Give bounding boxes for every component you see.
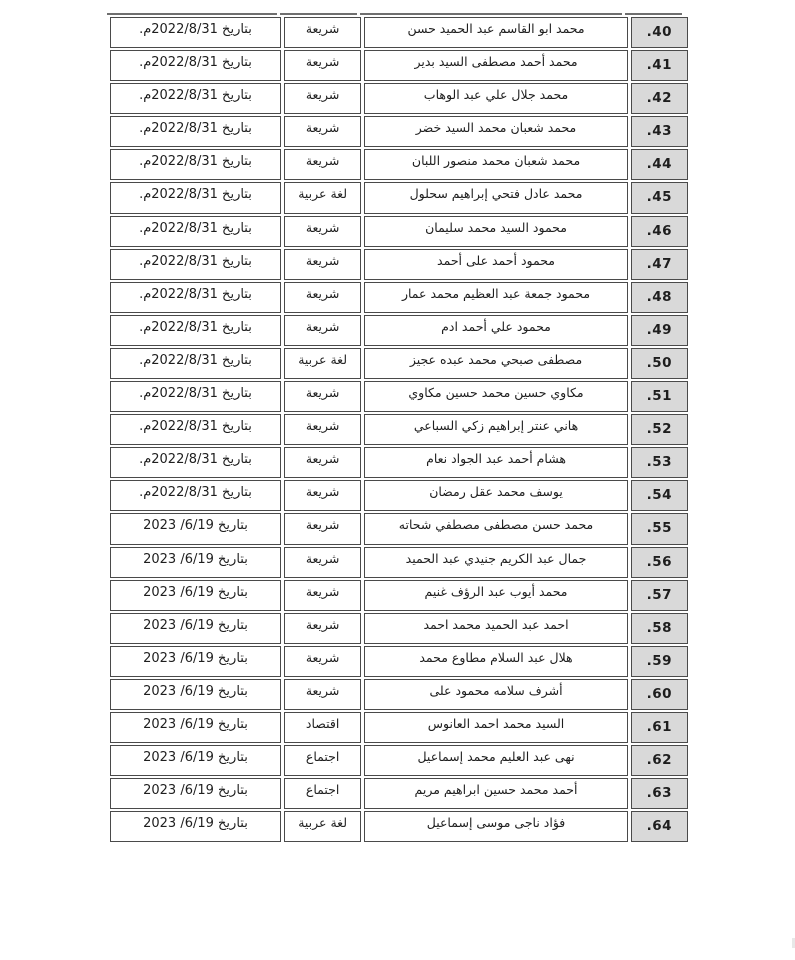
student-name-cell: هلال عبد السلام مطاوع محمد (364, 646, 627, 677)
student-name-cell: نهى عبد العليم محمد إسماعيل (364, 745, 627, 776)
row-number-cell: 49. (631, 315, 688, 346)
student-name-cell: محمد حسن مصطفى مصطفي شحاته (364, 513, 627, 544)
student-name-cell: محمد ابو القاسم عبد الحميد حسن (364, 17, 627, 48)
subject-cell: شريعة (284, 646, 361, 677)
row-number-cell: 55. (631, 513, 688, 544)
subject-cell: لغة عربية (284, 348, 361, 379)
subject-cell: شريعة (284, 216, 361, 247)
row-number-cell: 51. (631, 381, 688, 412)
student-name-cell: محمد جلال علي عبد الوهاب (364, 83, 627, 114)
student-name-cell: محمود أحمد على أحمد (364, 249, 627, 280)
subject-cell: شريعة (284, 249, 361, 280)
date-cell: بتاريخ 2022/8/31م. (110, 414, 281, 445)
student-name-cell: محمد أحمد مصطفى السيد بدير (364, 50, 627, 81)
row-number-cell: 44. (631, 149, 688, 180)
subject-cell: شريعة (284, 381, 361, 412)
table-row: 45.محمد عادل فتحي إبراهيم سحلوللغة عربية… (110, 182, 688, 213)
student-name-cell: أحمد محمد حسين ابراهيم مريم (364, 778, 627, 809)
date-cell: بتاريخ 6/19/ 2023 (110, 712, 281, 743)
date-cell: بتاريخ 6/19/ 2023 (110, 778, 281, 809)
row-number-cell: 60. (631, 679, 688, 710)
row-number-cell: 42. (631, 83, 688, 114)
date-cell: بتاريخ 6/19/ 2023 (110, 547, 281, 578)
table-row: 52.هاني عنتر إبراهيم زكي السباعيشريعةبتا… (110, 414, 688, 445)
date-cell: بتاريخ 6/19/ 2023 (110, 679, 281, 710)
date-cell: بتاريخ 2022/8/31م. (110, 17, 281, 48)
document-page: 40.محمد ابو القاسم عبد الحميد حسنشريعةبت… (0, 0, 795, 960)
student-name-cell: مصطفى صبحي محمد عبده عجيز (364, 348, 627, 379)
student-name-cell: محمد أيوب عبد الرؤف غنيم (364, 580, 627, 611)
date-cell: بتاريخ 2022/8/31م. (110, 182, 281, 213)
subject-cell: شريعة (284, 315, 361, 346)
student-name-cell: جمال عبد الكريم جنيدي عبد الحميد (364, 547, 627, 578)
student-name-cell: احمد عبد الحميد محمد احمد (364, 613, 627, 644)
date-cell: بتاريخ 2022/8/31م. (110, 480, 281, 511)
date-cell: بتاريخ 6/19/ 2023 (110, 646, 281, 677)
row-number-cell: 41. (631, 50, 688, 81)
row-number-cell: 57. (631, 580, 688, 611)
date-cell: بتاريخ 2022/8/31م. (110, 315, 281, 346)
subject-cell: شريعة (284, 513, 361, 544)
student-name-cell: هشام أحمد عبد الجواد نعام (364, 447, 627, 478)
table-row: 64.فؤاد ناجى موسى إسماعيللغة عربيةبتاريخ… (110, 811, 688, 842)
row-number-cell: 40. (631, 17, 688, 48)
subject-cell: شريعة (284, 414, 361, 445)
subject-cell: اجتماع (284, 778, 361, 809)
table-row: 50.مصطفى صبحي محمد عبده عجيزلغة عربيةبتا… (110, 348, 688, 379)
table-row: 51.مكاوي حسين محمد حسين مكاويشريعةبتاريخ… (110, 381, 688, 412)
subject-cell: شريعة (284, 149, 361, 180)
table-row: 41.محمد أحمد مصطفى السيد بديرشريعةبتاريخ… (110, 50, 688, 81)
student-name-cell: محمود جمعة عبد العظيم محمد عمار (364, 282, 627, 313)
graduates-table-wrapper: 40.محمد ابو القاسم عبد الحميد حسنشريعةبت… (107, 15, 691, 844)
date-cell: بتاريخ 2022/8/31م. (110, 149, 281, 180)
date-cell: بتاريخ 2022/8/31م. (110, 282, 281, 313)
row-number-cell: 61. (631, 712, 688, 743)
student-name-cell: محمود علي أحمد ادم (364, 315, 627, 346)
subject-cell: لغة عربية (284, 182, 361, 213)
date-cell: بتاريخ 2022/8/31م. (110, 249, 281, 280)
subject-cell: اقتصاد (284, 712, 361, 743)
table-row: 57.محمد أيوب عبد الرؤف غنيمشريعةبتاريخ 6… (110, 580, 688, 611)
student-name-cell: السيد محمد احمد العانوس (364, 712, 627, 743)
row-number-cell: 56. (631, 547, 688, 578)
student-name-cell: فؤاد ناجى موسى إسماعيل (364, 811, 627, 842)
subject-cell: شريعة (284, 547, 361, 578)
date-cell: بتاريخ 2022/8/31م. (110, 381, 281, 412)
student-name-cell: أشرف سلامه محمود على (364, 679, 627, 710)
table-row: 44.محمد شعبان محمد منصور اللبانشريعةبتار… (110, 149, 688, 180)
subject-cell: شريعة (284, 480, 361, 511)
student-name-cell: يوسف محمد عقل رمضان (364, 480, 627, 511)
table-row: 54.يوسف محمد عقل رمضانشريعةبتاريخ 2022/8… (110, 480, 688, 511)
student-name-cell: محمود السيد محمد سليمان (364, 216, 627, 247)
table-row: 58.احمد عبد الحميد محمد احمدشريعةبتاريخ … (110, 613, 688, 644)
subject-cell: شريعة (284, 447, 361, 478)
subject-cell: شريعة (284, 50, 361, 81)
date-cell: بتاريخ 6/19/ 2023 (110, 745, 281, 776)
table-row: 46.محمود السيد محمد سليمانشريعةبتاريخ 20… (110, 216, 688, 247)
row-number-cell: 58. (631, 613, 688, 644)
subject-cell: شريعة (284, 116, 361, 147)
table-row: 61.السيد محمد احمد العانوساقتصادبتاريخ 6… (110, 712, 688, 743)
table-row: 53.هشام أحمد عبد الجواد نعامشريعةبتاريخ … (110, 447, 688, 478)
date-cell: بتاريخ 2022/8/31م. (110, 50, 281, 81)
table-row: 62.نهى عبد العليم محمد إسماعيلاجتماعبتار… (110, 745, 688, 776)
subject-cell: شريعة (284, 282, 361, 313)
row-number-cell: 50. (631, 348, 688, 379)
subject-cell: اجتماع (284, 745, 361, 776)
row-number-cell: 45. (631, 182, 688, 213)
table-row: 60.أشرف سلامه محمود علىشريعةبتاريخ 6/19/… (110, 679, 688, 710)
graduates-table: 40.محمد ابو القاسم عبد الحميد حسنشريعةبت… (107, 15, 691, 844)
row-number-cell: 43. (631, 116, 688, 147)
table-row: 42.محمد جلال علي عبد الوهابشريعةبتاريخ 2… (110, 83, 688, 114)
row-number-cell: 53. (631, 447, 688, 478)
date-cell: بتاريخ 6/19/ 2023 (110, 811, 281, 842)
row-number-cell: 59. (631, 646, 688, 677)
date-cell: بتاريخ 2022/8/31م. (110, 83, 281, 114)
date-cell: بتاريخ 2022/8/31م. (110, 447, 281, 478)
subject-cell: لغة عربية (284, 811, 361, 842)
table-row: 59.هلال عبد السلام مطاوع محمدشريعةبتاريخ… (110, 646, 688, 677)
date-cell: بتاريخ 2022/8/31م. (110, 116, 281, 147)
table-row: 63.أحمد محمد حسين ابراهيم مريماجتماعبتار… (110, 778, 688, 809)
date-cell: بتاريخ 2022/8/31م. (110, 216, 281, 247)
student-name-cell: محمد شعبان محمد السيد خضر (364, 116, 627, 147)
row-number-cell: 62. (631, 745, 688, 776)
date-cell: بتاريخ 6/19/ 2023 (110, 580, 281, 611)
row-number-cell: 64. (631, 811, 688, 842)
subject-cell: شريعة (284, 613, 361, 644)
student-name-cell: مكاوي حسين محمد حسين مكاوي (364, 381, 627, 412)
table-row: 48.محمود جمعة عبد العظيم محمد عمارشريعةب… (110, 282, 688, 313)
row-number-cell: 47. (631, 249, 688, 280)
row-number-cell: 48. (631, 282, 688, 313)
student-name-cell: محمد عادل فتحي إبراهيم سحلول (364, 182, 627, 213)
row-number-cell: 63. (631, 778, 688, 809)
subject-cell: شريعة (284, 580, 361, 611)
table-row: 55.محمد حسن مصطفى مصطفي شحاتهشريعةبتاريخ… (110, 513, 688, 544)
table-row: 47.محمود أحمد على أحمدشريعةبتاريخ 2022/8… (110, 249, 688, 280)
date-cell: بتاريخ 2022/8/31م. (110, 348, 281, 379)
date-cell: بتاريخ 6/19/ 2023 (110, 613, 281, 644)
row-number-cell: 52. (631, 414, 688, 445)
student-name-cell: محمد شعبان محمد منصور اللبان (364, 149, 627, 180)
table-row: 49.محمود علي أحمد ادمشريعةبتاريخ 2022/8/… (110, 315, 688, 346)
table-row: 40.محمد ابو القاسم عبد الحميد حسنشريعةبت… (110, 17, 688, 48)
date-cell: بتاريخ 6/19/ 2023 (110, 513, 281, 544)
subject-cell: شريعة (284, 679, 361, 710)
row-number-cell: 54. (631, 480, 688, 511)
table-row: 43.محمد شعبان محمد السيد خضرشريعةبتاريخ … (110, 116, 688, 147)
row-number-cell: 46. (631, 216, 688, 247)
subject-cell: شريعة (284, 17, 361, 48)
table-row: 56.جمال عبد الكريم جنيدي عبد الحميدشريعة… (110, 547, 688, 578)
student-name-cell: هاني عنتر إبراهيم زكي السباعي (364, 414, 627, 445)
subject-cell: شريعة (284, 83, 361, 114)
